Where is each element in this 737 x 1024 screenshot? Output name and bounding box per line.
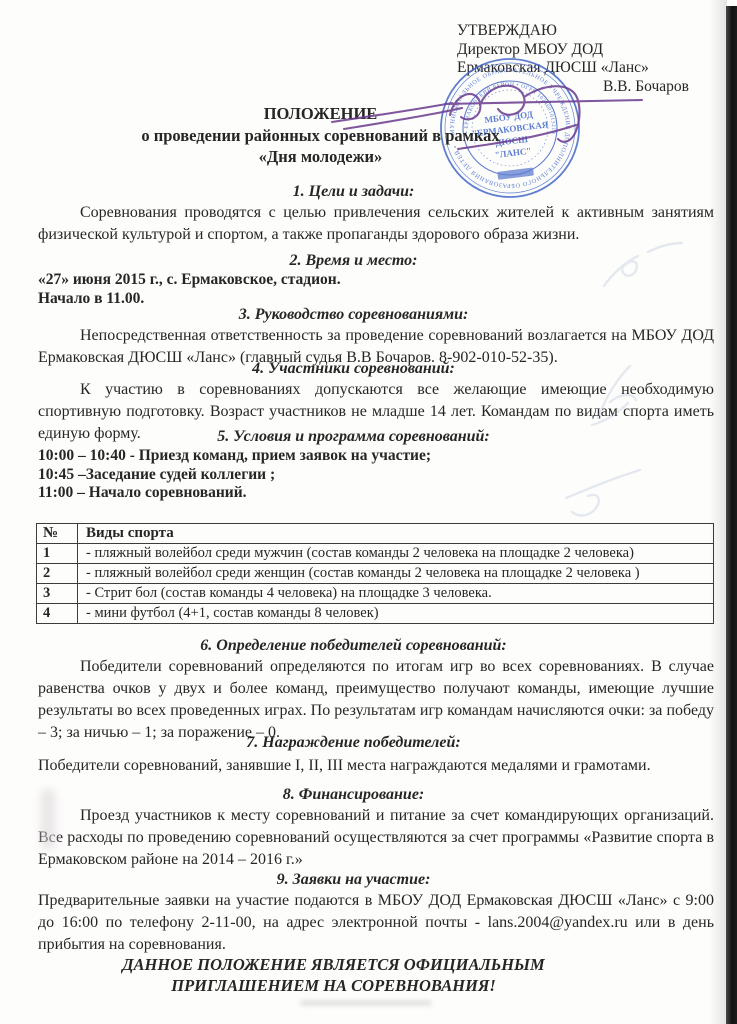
scan-edge-shadow [709,0,727,1024]
invitation-line-2: ПРИГЛАШЕНИЕМ НА СОРЕВНОВАНИЯ! [0,975,667,996]
official-invitation-note: ДАННОЕ ПОЛОЖЕНИЕ ЯВЛЯЕТСЯ ОФИЦИАЛЬНЫМ ПР… [0,954,737,996]
section-1-paragraph: Соревнования проводятся с целью привлече… [38,202,714,246]
table-row: 4 - мини футбол (4+1, состав команды 8 ч… [37,604,714,624]
row-number: 1 [37,544,78,564]
schedule-line-2: 10:45 –Заседание судей коллегии ; [38,466,714,485]
section-heading-8: 8. Финансирование: [0,786,737,804]
scanned-document-page: УТВЕРЖДАЮ Директор МБОУ ДОД Ермаковская … [0,0,737,1024]
schedule-line-3: 11:00 – Начало соревнований. [38,484,714,503]
title-line-2: о проведении районных соревнований в рам… [0,125,641,147]
section-heading-6: 6. Определение победителей соревнований: [0,637,737,655]
title-line-3: «Дня молодежи» [0,146,641,168]
section-heading-2: 2. Время и место: [0,252,737,270]
program-schedule: 10:00 – 10:40 - Приезд команд, прием зая… [38,447,714,503]
section-8-paragraph: Проезд участников к месту соревнований и… [38,805,714,871]
section-9-paragraph: Предварительные заявки на участие подают… [38,890,714,956]
section-heading-9: 9. Заявки на участие: [0,871,737,889]
section-heading-7: 7. Награждение победителей: [0,734,737,752]
scan-edge-band [726,6,737,1024]
sport-description: - мини футбол (4+1, состав команды 8 чел… [78,604,714,624]
row-number: 3 [37,584,78,604]
table-header-row: № Виды спорта [37,524,714,544]
scan-smudge [300,1000,432,1006]
page-title: ПОЛОЖЕНИЕ о проведении районных соревнов… [0,103,737,168]
sport-description: - пляжный волейбол среди женщин (состав … [78,564,714,584]
section-6-paragraph: Победители соревнований определяются по … [38,656,714,744]
row-number: 2 [37,564,78,584]
section-heading-4: 4. Участники соревнований: [0,360,737,378]
section-heading-3: 3. Руководство соревнованиями: [0,306,737,324]
table-row: 2 - пляжный волейбол среди женщин (соста… [37,564,714,584]
scan-smudge [40,788,56,850]
table-row: 1 - пляжный волейбол среди мужчин (соста… [37,544,714,564]
column-header-sport: Виды спорта [78,524,714,544]
sports-table: № Виды спорта 1 - пляжный волейбол среди… [36,523,714,624]
sport-description: - пляжный волейбол среди мужчин (состав … [78,544,714,564]
section-heading-1: 1. Цели и задачи: [0,183,737,201]
stamp-bottom-banner [497,167,534,179]
row-number: 4 [37,604,78,624]
invitation-line-1: ДАННОЕ ПОЛОЖЕНИЕ ЯВЛЯЕТСЯ ОФИЦИАЛЬНЫМ [0,954,667,975]
title-line-1: ПОЛОЖЕНИЕ [0,103,641,125]
section-2-lines: «27» июня 2015 г., с. Ермаковское, стади… [38,271,714,308]
sport-description: - Стрит бол (состав команды 4 человека) … [78,584,714,604]
column-header-number: № [37,524,78,544]
schedule-line-1: 10:00 – 10:40 - Приезд команд, прием зая… [38,447,714,466]
table-row: 3 - Стрит бол (состав команды 4 человека… [37,584,714,604]
approval-line: УТВЕРЖДАЮ [457,22,689,41]
section-7-paragraph: Победители соревнований, занявшие I, II,… [38,755,714,777]
section-heading-5: 5. Условия и программа соревнований: [0,428,737,446]
event-date-line: «27» июня 2015 г., с. Ермаковское, стади… [38,271,714,290]
